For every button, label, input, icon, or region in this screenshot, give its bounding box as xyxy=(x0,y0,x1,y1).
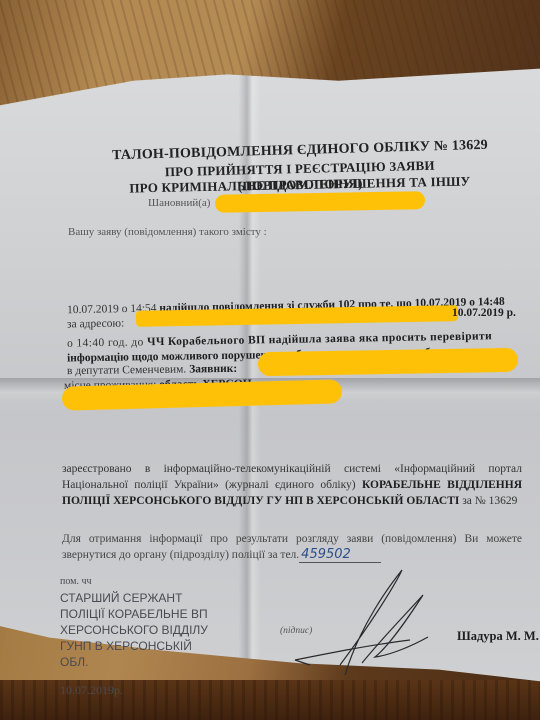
body-line-2-date: 10.07.2019 р. xyxy=(452,307,516,319)
salutation: Шановний(а) xyxy=(148,197,210,209)
body-line-3-start: о 14:40 год. до xyxy=(67,336,147,349)
signatory-line-2: ПОЛІЦІЇ КОРАБЕЛЬНЕ ВП xyxy=(60,606,208,622)
body-line-2-start: за адресою: xyxy=(67,318,124,331)
redaction-applicant xyxy=(258,348,518,377)
signatory-line-3: ХЕРСОНСЬКОГО ВІДДІЛУ xyxy=(60,622,208,638)
handwritten-signature xyxy=(290,565,440,675)
signatory-line-4: ГУНП В ХЕРСОНСЬКІЙ xyxy=(60,638,208,654)
handwritten-phone: 459502 xyxy=(299,547,381,563)
signatory-line-5: ОБЛ. xyxy=(60,654,208,670)
signatory-line-1: СТАРШИЙ СЕРЖАНТ xyxy=(60,590,208,606)
body-line-5-start: в депутати Семенчевим. xyxy=(67,363,189,377)
body-line-2: за адресою: xyxy=(67,318,124,331)
intro-text: Вашу заяву (повідомлення) такого змісту … xyxy=(68,226,267,238)
registration-paragraph: зареєстровано в інформаційно-телекомунік… xyxy=(62,461,522,509)
signatory-name: Шадура М. М. xyxy=(457,629,539,644)
registration-number: за № 13629 xyxy=(459,495,517,507)
document: ТАЛОН-ПОВІДОМЛЕННЯ ЄДИНОГО ОБЛІКУ № 1362… xyxy=(0,0,540,720)
body-line-5-bold: Заявник: xyxy=(189,363,237,376)
body-line-5: в депутати Семенчевим. Заявник: xyxy=(67,363,237,377)
info-paragraph: Для отримання інформації про результати … xyxy=(62,531,522,563)
signatory-role: пом. чч xyxy=(60,574,208,590)
signatory-date: 10.07.2019р. xyxy=(60,682,208,698)
signatory-block: пом. чч СТАРШИЙ СЕРЖАНТ ПОЛІЦІЇ КОРАБЕЛЬ… xyxy=(60,574,208,698)
redaction-name xyxy=(215,191,425,213)
info-text: Для отримання інформації про результати … xyxy=(62,533,522,561)
